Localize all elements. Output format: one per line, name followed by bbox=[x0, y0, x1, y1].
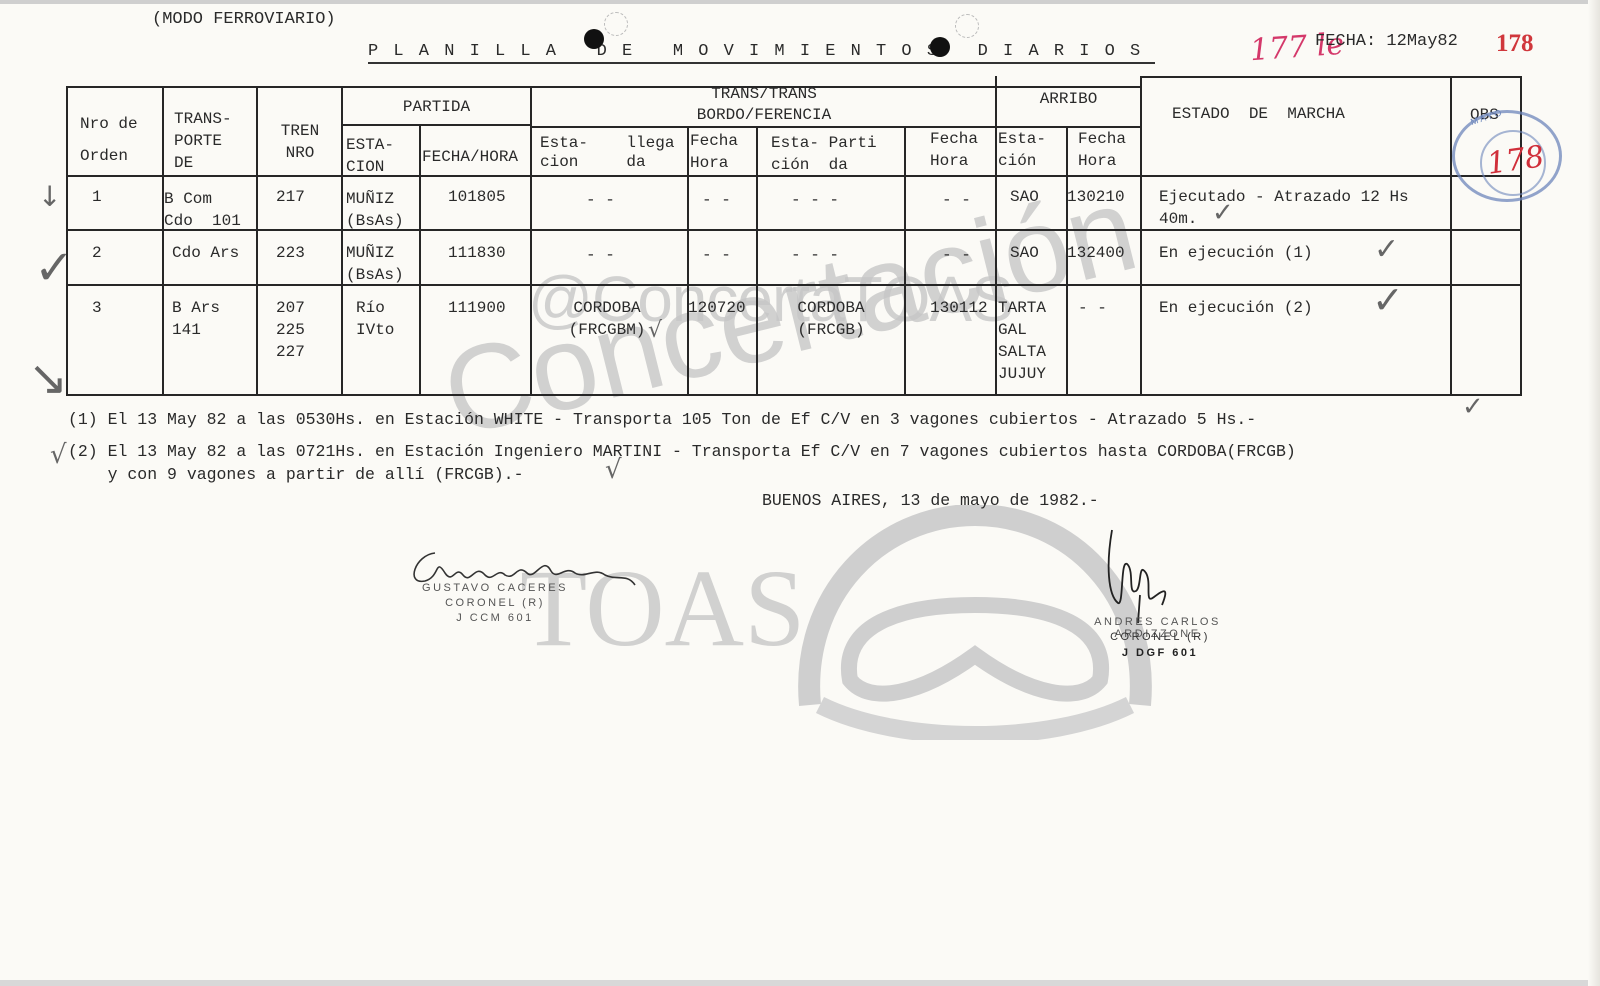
cell-partida-fecha: 101805 bbox=[448, 186, 506, 208]
header-tren: TREN NRO bbox=[258, 120, 342, 164]
header-tb-estacion-partida: Esta- Parti ción da bbox=[771, 132, 877, 176]
cell-partida-estacion: MUÑIZ (BsAs) bbox=[346, 188, 404, 232]
header-tb-fecha-2: Fecha Hora bbox=[930, 128, 978, 172]
cell-arribo-estacion: TARTA GAL SALTA JUJUY bbox=[998, 297, 1046, 385]
punch-ghost-right bbox=[955, 14, 979, 38]
cell-tb-fecha-2: 130112 bbox=[930, 297, 988, 319]
header-transporte: TRANS- PORTE DE bbox=[174, 108, 232, 174]
page-number: 178 bbox=[1496, 30, 1534, 58]
cell-orden: 3 bbox=[92, 297, 102, 319]
movements-table: Nro de Orden TRANS- PORTE DE TREN NRO PA… bbox=[66, 76, 1520, 396]
signatory-2-rank: CORONEL (R) bbox=[1100, 631, 1220, 643]
header-partida-fecha: FECHA/HORA bbox=[422, 146, 518, 168]
footnote-2: (2) El 13 May 82 a las 0721Hs. en Estaci… bbox=[68, 440, 1296, 463]
header-partida: PARTIDA bbox=[343, 96, 530, 118]
footnote-2-continued: y con 9 vagones a partir de allí (FRCGB)… bbox=[68, 463, 523, 486]
header-tb-estacion-llegada: Esta- llega cion da bbox=[540, 134, 674, 172]
transport-mode-label: (MODO FERROVIARIO) bbox=[152, 10, 336, 29]
cell-transporte: B Ars 141 bbox=[172, 297, 220, 341]
place-and-date: BUENOS AIRES, 13 de mayo de 1982.- bbox=[762, 489, 1099, 512]
page-edge-top bbox=[0, 0, 1600, 4]
signatory-1-unit: J CCM 601 bbox=[410, 612, 580, 624]
cell-tb-fecha-2: - - bbox=[942, 189, 971, 211]
cell-orden: 2 bbox=[92, 242, 102, 264]
cell-partida-estacion: Río IVto bbox=[356, 297, 394, 341]
cell-tb-estacion-partida: - - - bbox=[791, 189, 839, 211]
checkmark-icon: ✓ bbox=[1462, 392, 1484, 422]
header-partida-estacion: ESTA- CION bbox=[346, 134, 394, 178]
header-orden: Nro de Orden bbox=[80, 108, 138, 172]
cell-tren: 217 bbox=[276, 186, 305, 208]
signatory-1-name: GUSTAVO CACERES bbox=[410, 582, 580, 594]
cell-tb-fecha-2: - - bbox=[942, 244, 971, 266]
signatory-1-rank: CORONEL (R) bbox=[410, 597, 580, 609]
header-transbordo: TRANS/TRANS BORDO/FERENCIA bbox=[532, 84, 996, 126]
cell-transporte: Cdo Ars bbox=[172, 242, 239, 264]
checkmark-icon: ✓ bbox=[1374, 232, 1399, 267]
cell-partida-fecha: 111900 bbox=[448, 297, 506, 319]
margin-checkmark-icon: ✓ bbox=[34, 240, 74, 296]
header-arribo-estacion: Esta- ción bbox=[998, 128, 1046, 172]
page-edge-right bbox=[1588, 0, 1600, 986]
checkmark-icon: ✓ bbox=[1212, 198, 1234, 228]
footnote-1: (1) El 13 May 82 a las 0530Hs. en Estaci… bbox=[68, 408, 1256, 431]
cell-tb-estacion-llegada: - - bbox=[586, 244, 615, 266]
signatory-2-unit: J DGF 601 bbox=[1100, 647, 1220, 659]
cell-tren: 223 bbox=[276, 242, 305, 264]
cell-estado: En ejecución (2) bbox=[1159, 297, 1313, 319]
cell-orden: 1 bbox=[92, 186, 102, 208]
margin-checkmark-icon: ↓ bbox=[38, 180, 61, 213]
header-tb-fecha-1: Fecha Hora bbox=[690, 130, 738, 174]
cell-arribo-fecha: 130210 bbox=[1067, 186, 1125, 208]
cell-tb-estacion-llegada: - - bbox=[586, 189, 615, 211]
date-value: 12May82 bbox=[1386, 32, 1457, 51]
cell-tb-estacion-partida: CORDOBA (FRCGB) bbox=[758, 297, 904, 341]
document-date: FECHA: 12May82 bbox=[1315, 32, 1458, 51]
cell-estado: En ejecución (1) bbox=[1159, 242, 1313, 264]
cell-tb-fecha-1: 120720 bbox=[688, 297, 746, 319]
margin-checkmark-icon: √ bbox=[50, 440, 67, 470]
punch-hole-right bbox=[930, 37, 950, 57]
cell-estado: Ejecutado - Atrazado 12 Hs 40m. bbox=[1159, 186, 1409, 230]
checkmark-icon: √ bbox=[648, 318, 662, 343]
document-title: PLANILLA DE MOVIMIENTOS DIARIOS bbox=[368, 42, 1155, 64]
header-arribo-fecha: Fecha Hora bbox=[1078, 128, 1126, 172]
cell-transporte: B Com Cdo 101 bbox=[164, 188, 241, 232]
cell-arribo-fecha: - - bbox=[1078, 297, 1107, 319]
cell-tb-fecha-1: - - bbox=[702, 189, 731, 211]
date-label: FECHA: bbox=[1315, 32, 1376, 51]
cell-tren: 207 225 227 bbox=[276, 297, 305, 363]
cell-arribo-fecha: 132400 bbox=[1067, 242, 1125, 264]
signature-ardizzone-icon bbox=[1100, 525, 1180, 625]
cell-tb-estacion-partida: - - - bbox=[791, 244, 839, 266]
checkmark-icon: ✓ bbox=[1372, 278, 1404, 322]
margin-checkmark-icon: ↘ bbox=[28, 350, 68, 406]
cell-arribo-estacion: SAO bbox=[1010, 186, 1039, 208]
header-arribo: ARRIBO bbox=[997, 88, 1140, 110]
punch-hole-left bbox=[584, 29, 604, 49]
cell-partida-estacion: MUÑIZ (BsAs) bbox=[346, 242, 404, 286]
page-edge-bottom bbox=[0, 980, 1600, 986]
cell-tb-fecha-1: - - bbox=[702, 244, 731, 266]
cell-arribo-estacion: SAO bbox=[1010, 242, 1039, 264]
header-estado: ESTADO DE MARCHA bbox=[1172, 103, 1345, 125]
punch-ghost-left bbox=[604, 12, 628, 36]
cell-partida-fecha: 111830 bbox=[448, 242, 506, 264]
